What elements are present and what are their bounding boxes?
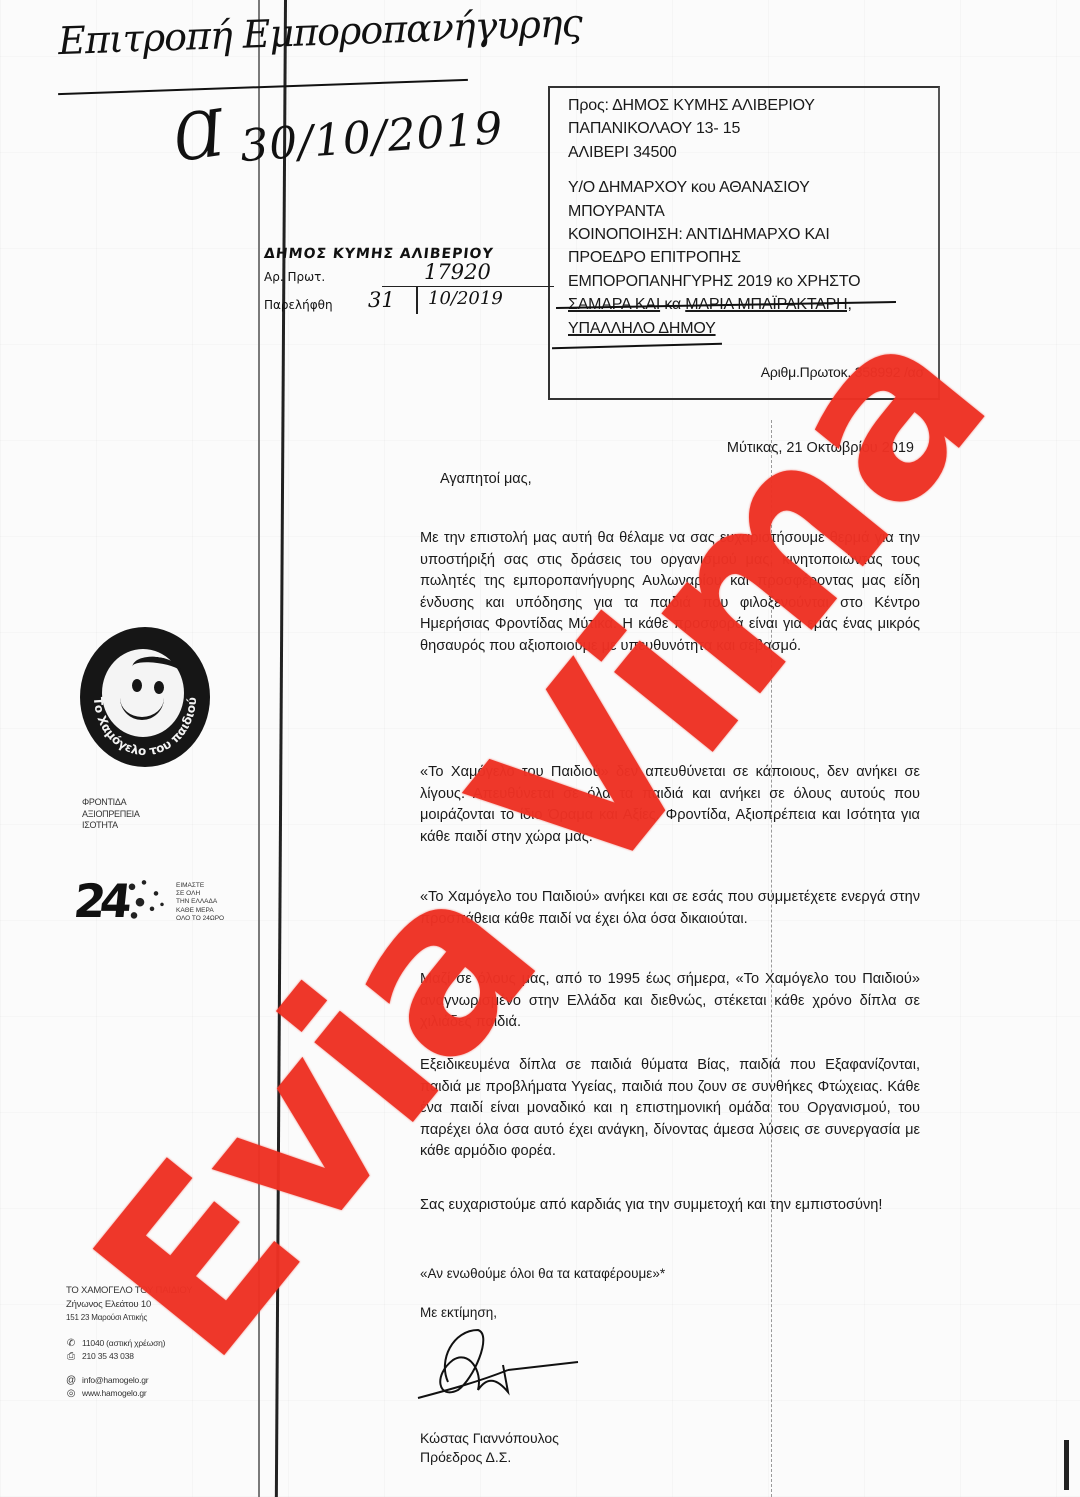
cc-employee-text: ΥΠΑΛΛΗΛΟ ΔΗΜΟΥ bbox=[568, 320, 716, 337]
signature-scribble bbox=[408, 1320, 588, 1420]
recipient-line: Προς: ΔΗΜΟΣ ΚΥΜΗΣ ΑΛΙΒΕΡΙΟΥ bbox=[568, 94, 926, 117]
recipient-line: ΑΛΙΒΕΡΙ 34500 bbox=[568, 141, 926, 164]
paragraph-text: Σας ευχαριστούμε από καρδιάς για την συμ… bbox=[420, 1195, 920, 1217]
svg-text:Το Χαμόγελο του παιδιού: Το Χαμόγελο του παιδιού bbox=[91, 697, 199, 758]
organisation-values: ΦΡΟΝΤΙΔΑ ΑΞΙΟΠΡΕΠΕΙΑ ΙΣΟΤΗΤΑ bbox=[82, 797, 140, 832]
value-item: ΦΡΟΝΤΙΔΑ bbox=[82, 797, 140, 809]
contact-text: 11040 (αστική χρέωση) bbox=[82, 1337, 165, 1351]
phone-icon: ✆ bbox=[66, 1337, 76, 1351]
email-icon: @ bbox=[66, 1374, 76, 1388]
recipient-line: ΠΑΠΑΝΙΚΟΛΑΟΥ 13- 15 bbox=[568, 117, 926, 140]
stamp-received-date: 10/2019 bbox=[428, 288, 503, 309]
letter-paragraph-6: Σας ευχαριστούμε από καρδιάς για την συμ… bbox=[420, 1195, 920, 1217]
stamp-protocol-label: Αρ. Πρωτ. bbox=[264, 270, 325, 284]
right-edge-rule bbox=[1064, 1440, 1069, 1490]
stamp-protocol-number: 17920 bbox=[424, 260, 491, 284]
stamp-received-label: Παρελήφθη bbox=[264, 298, 333, 312]
attention-line: Υ/Ο ΔΗΜΑΡΧΟΥ κου ΑΘΑΝΑΣΙΟΥ bbox=[568, 176, 926, 199]
tagline-line: ΤΗΝ ΕΛΛΑΔΑ bbox=[176, 898, 224, 906]
contact-text: www.hamogelo.gr bbox=[82, 1387, 147, 1401]
tagline-line: ΕΙΜΑΣΤΕ bbox=[176, 882, 224, 890]
regards: Με εκτίμηση, bbox=[420, 1305, 497, 1320]
value-item: ΑΞΙΟΠΡΕΠΕΙΑ bbox=[82, 809, 140, 821]
tagline-line: ΣΕ ΟΛΗ bbox=[176, 890, 224, 898]
signer-name: Κώστας Γιαννόπουλος bbox=[420, 1430, 559, 1446]
badge-24-logo: 24 bbox=[71, 874, 129, 928]
motto-quote: «Αν ενωθούμε όλοι θα τα καταφέρουμε»* bbox=[420, 1266, 665, 1281]
greece-map-icon bbox=[128, 878, 168, 922]
contact-text: info@hamogelo.gr bbox=[82, 1374, 148, 1388]
value-item: ΙΣΟΤΗΤΑ bbox=[82, 820, 140, 832]
signer-title: Πρόεδρος Δ.Σ. bbox=[420, 1449, 511, 1465]
municipality-received-stamp: ΔΗΜΟΣ ΚΥΜΗΣ ΑΛΙΒΕΡΙΟΥ Αρ. Πρωτ. 17920 Πα… bbox=[264, 246, 554, 314]
stamp-protocol-row: Αρ. Πρωτ. 17920 bbox=[264, 262, 554, 286]
contact-text: 210 35 43 038 bbox=[82, 1350, 134, 1364]
handwritten-initial: Ɑ bbox=[169, 97, 229, 177]
contact-website: ◎ www.hamogelo.gr bbox=[66, 1387, 192, 1401]
badge-24-tagline: ΕΙΜΑΣΤΕ ΣΕ ΟΛΗ ΤΗΝ ΕΛΛΑΔΑ ΚΑΘΕ ΜΕΡΑ ΟΛΟ … bbox=[176, 882, 224, 923]
hamogelo-logo: Το Χαμόγελο του παιδιού bbox=[80, 627, 210, 767]
tagline-line: ΚΑΘΕ ΜΕΡΑ bbox=[176, 907, 224, 915]
stamp-received-row: Παρελήφθη 31 10/2019 bbox=[264, 290, 554, 314]
logo-ring-text: Το Χαμόγελο του παιδιού bbox=[80, 627, 210, 767]
tagline-line: ΟΛΟ ΤΟ 24ΩΡΟ bbox=[176, 915, 224, 923]
attention-line: ΜΠΟΥΡΑΝΤΑ bbox=[568, 200, 926, 223]
contact-fax: ⎙ 210 35 43 038 bbox=[66, 1350, 192, 1364]
attention-line: ΕΜΠΟΡΟΠΑΝΗΓΥΡΗΣ 2019 κο ΧΡΗΣΤΟ bbox=[568, 270, 926, 293]
attention-line: ΠΡΟΕΔΡΟ ΕΠΙΤΡΟΠΗΣ bbox=[568, 246, 926, 269]
stamp-title: ΔΗΜΟΣ ΚΥΜΗΣ ΑΛΙΒΕΡΙΟΥ bbox=[263, 246, 555, 262]
fax-icon: ⎙ bbox=[66, 1350, 76, 1364]
web-icon: ◎ bbox=[66, 1387, 76, 1401]
greeting: Αγαπητοί μας, bbox=[440, 471, 532, 487]
stamp-received-day: 31 bbox=[368, 288, 395, 312]
contact-email: @ info@hamogelo.gr bbox=[66, 1374, 192, 1388]
attention-line: ΚΟΙΝΟΠΟΙΗΣΗ: ΑΝΤΙΔΗΜΑΡΧΟ ΚΑΙ bbox=[568, 223, 926, 246]
